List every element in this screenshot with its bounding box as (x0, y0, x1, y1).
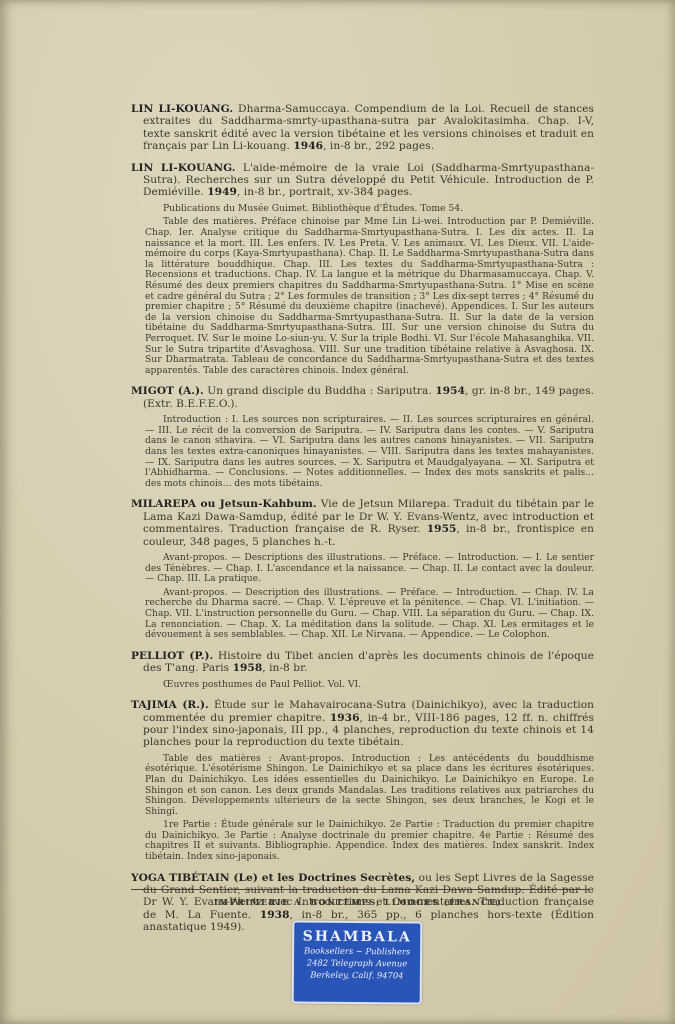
entry-author: LIN LI-KOUANG. (131, 162, 236, 174)
entry-notes: Avant-propos. — Descriptions des illustr… (145, 553, 594, 641)
catalogue-entry: PELLIOT (P.). Histoire du Tibet ancien d… (131, 650, 594, 690)
entry-year: 1955 (427, 523, 457, 535)
entry-format: , in-8 br., 292 pages. (323, 140, 434, 152)
stamp-line-2: 2482 Telegraph Avenue (294, 956, 420, 969)
catalogue-entry: MILAREPA ou Jetsun-Kahbum. Vie de Jetsun… (131, 498, 594, 640)
entry-author: YOGA TIBÉTAIN (Le) et les Doctrines Secr… (131, 872, 415, 884)
entry-notes: Introduction : I. Les sources non script… (145, 415, 594, 489)
table-of-contents: Table des matières : Avant-propos. Intro… (145, 754, 594, 818)
table-of-contents: Table des matières. Préface chinoise par… (145, 217, 594, 376)
table-of-contents: 1re Partie : Étude générale sur le Daini… (145, 820, 594, 862)
catalogue-entry: LIN LI-KOUANG. Dharma-Samuccaya. Compend… (131, 103, 594, 153)
entry-author: PELLIOT (P.). (131, 650, 213, 662)
stamp-line-1: Booksellers ~ Publishers (294, 944, 420, 957)
bookseller-stamp: SHAMBALA Booksellers ~ Publishers 2482 T… (292, 920, 423, 1004)
entry-year: 1954 (435, 385, 465, 397)
stamp-name: SHAMBALA (294, 928, 420, 945)
entry-year: 1958 (233, 662, 263, 674)
divider-rule (131, 889, 589, 890)
catalogue-list: LIN LI-KOUANG. Dharma-Samuccaya. Compend… (131, 103, 594, 943)
entry-year: 1949 (207, 186, 237, 198)
entry-year: 1936 (330, 712, 360, 724)
entry-year: 1946 (293, 140, 323, 152)
series-note: Publications du Musée Guimet. Bibliothèq… (145, 204, 594, 215)
catalogue-entry: MIGOT (A.). Un grand disciple du Buddha … (131, 385, 594, 489)
entry-notes: Œuvres posthumes de Paul Pelliot. Vol. V… (145, 680, 594, 691)
entry-format: , in-8 br. (262, 662, 307, 674)
entry-format: , in-8 br., portrait, xv-384 pages. (237, 186, 413, 198)
entry-author: MILAREPA ou Jetsun-Kahbum. (131, 498, 317, 510)
catalogue-entry: LIN LI-KOUANG. L'aide-mémoire de la vrai… (131, 162, 594, 377)
entry-author: LIN LI-KOUANG. (131, 103, 233, 115)
table-of-contents: Avant-propos. — Descriptions des illustr… (145, 553, 594, 585)
entry-notes: Table des matières : Avant-propos. Intro… (145, 754, 594, 863)
entry-author: MIGOT (A.). (131, 385, 204, 397)
series-note: Œuvres posthumes de Paul Pelliot. Vol. V… (145, 680, 594, 691)
stamp-line-3: Berkeley, Calif. 94704 (294, 968, 420, 981)
book-back-cover: LIN LI-KOUANG. Dharma-Samuccaya. Compend… (0, 0, 675, 1024)
entry-description: Un grand disciple du Buddha : Sariputra. (204, 385, 436, 397)
table-of-contents: Avant-propos. — Description des illustra… (145, 588, 594, 641)
catalogue-entry: TAJIMA (R.). Étude sur le Mahavairocana-… (131, 699, 594, 863)
entry-year: 1938 (260, 909, 290, 921)
entry-author: TAJIMA (R.). (131, 699, 209, 711)
entry-notes: Publications du Musée Guimet. Bibliothèq… (145, 204, 594, 377)
table-of-contents: Introduction : I. Les sources non script… (145, 415, 594, 489)
printer-imprint: IMPRIMERIE A. BONTEMPS, LIMOGES (FRANCE)… (131, 897, 589, 907)
